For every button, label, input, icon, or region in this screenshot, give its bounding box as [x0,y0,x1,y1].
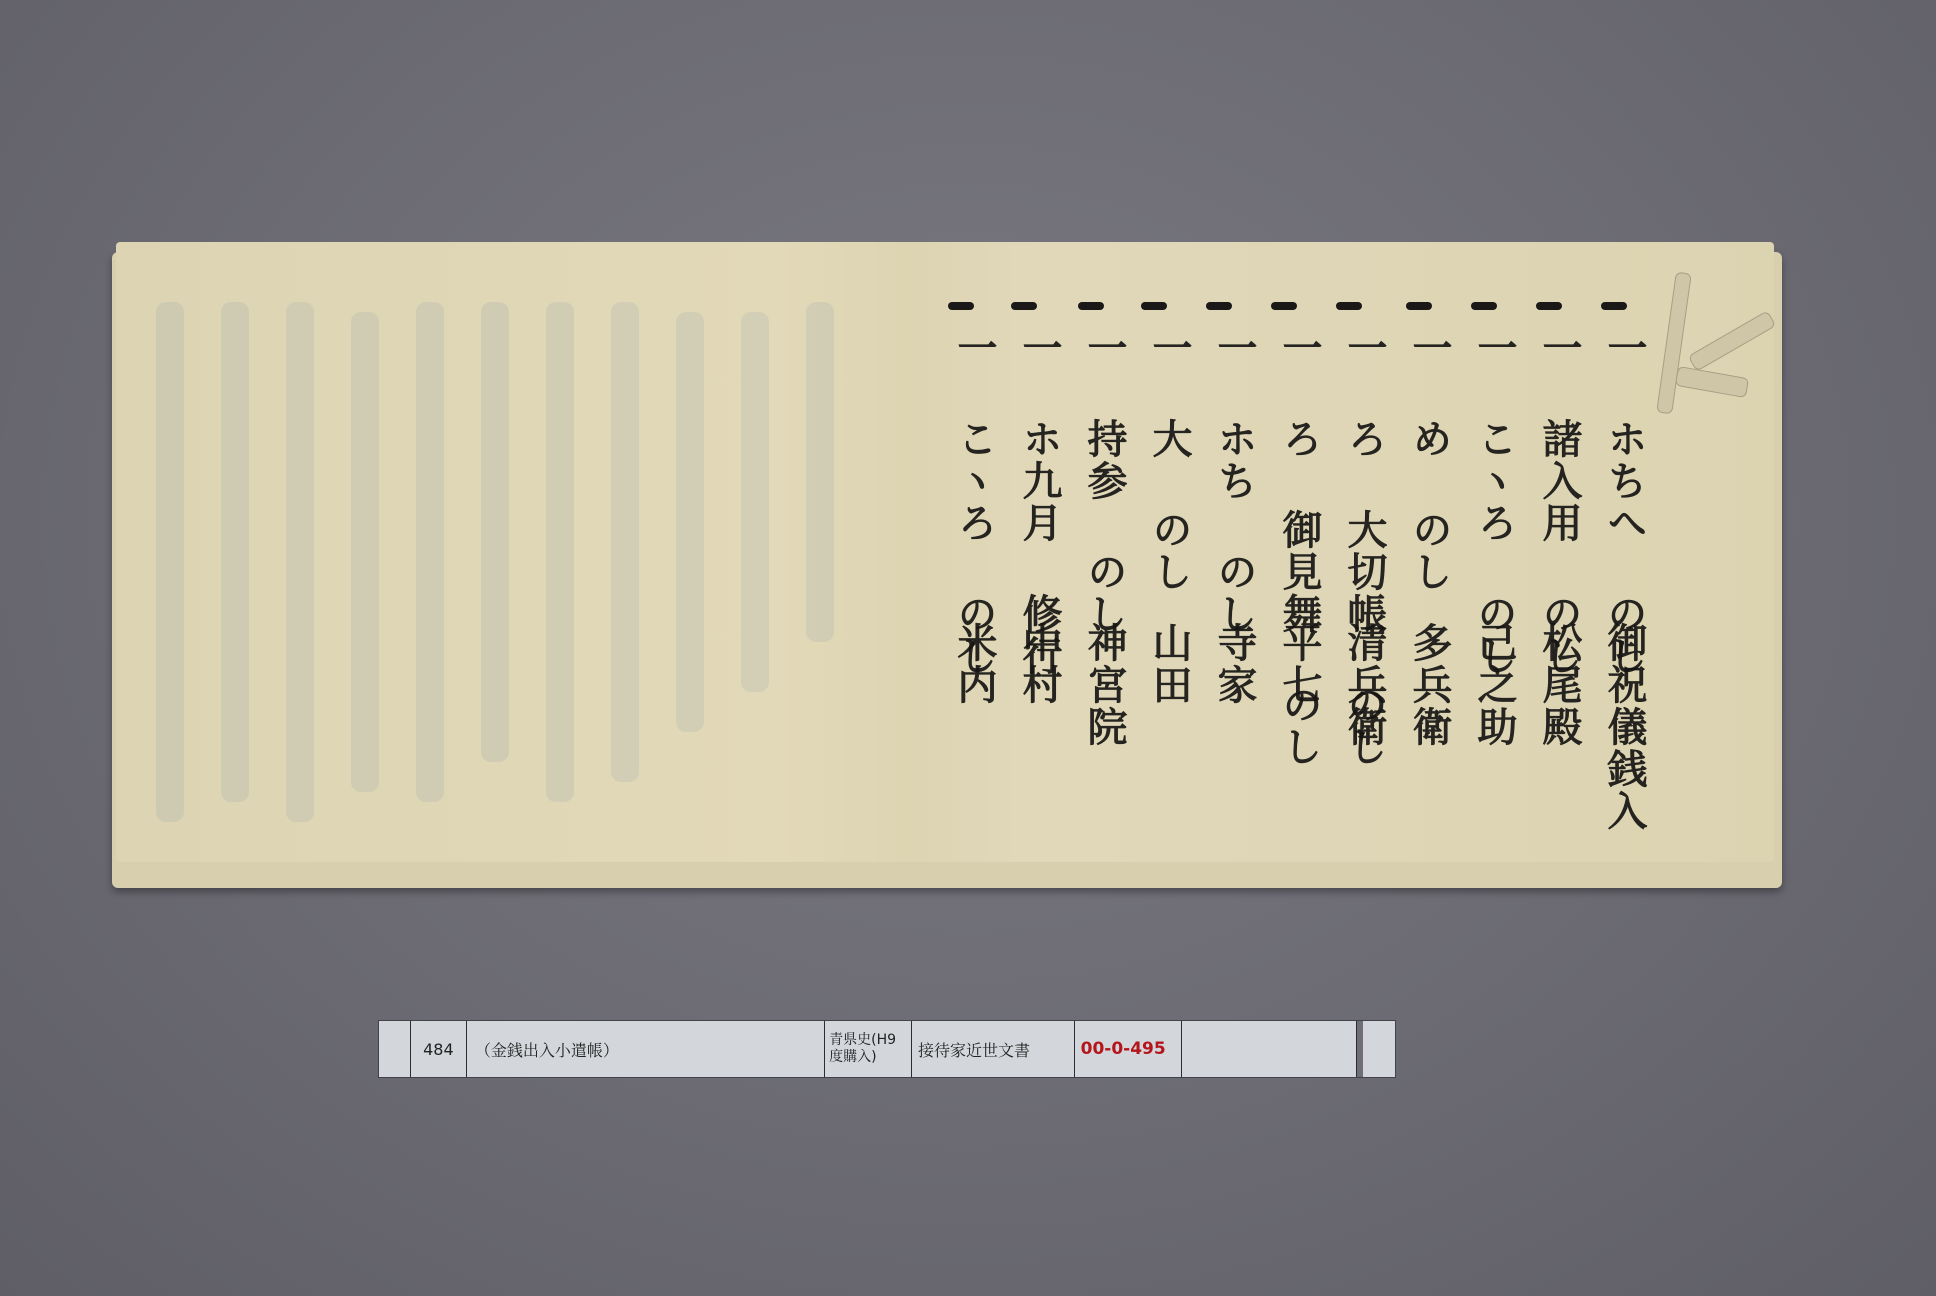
label-source-line2: 度購入) [829,1049,896,1066]
bleed-through-column [806,302,834,642]
handwritten-column: 一 め のし [1396,327,1452,593]
label-title: （金銭出入小遣帳） [467,1021,825,1077]
label-blank-cell [379,1021,411,1077]
bleed-through-column [481,302,509,762]
entry-marker [1206,302,1232,310]
entry-marker [1471,302,1497,310]
bleed-through-column [221,302,249,802]
bleed-through-column [676,312,704,732]
binding-tie [1656,272,1786,432]
handwritten-name: 米内 [941,622,997,706]
handwritten-name: 己之助 [1461,622,1517,748]
bleed-through-column [351,312,379,792]
entry-marker [948,302,974,310]
label-blank-cell [1357,1021,1395,1077]
handwritten-name: 松尾殿 [1526,622,1582,748]
open-spread: 一 ホちへ のし 一 諸入用 のし 一 こヽろ のし 一 め のし 一 ろ 大切… [116,242,1774,862]
entry-marker [1536,302,1562,310]
label-source: 青県史(H9 度購入) [825,1021,912,1077]
label-source-line1: 青県史(H9 [829,1032,896,1049]
entry-marker [1078,302,1104,310]
manuscript-book: 一 ホちへ のし 一 諸入用 のし 一 こヽろ のし 一 め のし 一 ろ 大切… [108,232,1788,882]
label-blank-cell [1182,1021,1357,1077]
bleed-through-column [546,302,574,802]
bleed-through-column [156,302,184,822]
handwritten-column: 一 ホち のし [1201,327,1257,635]
entry-marker [1406,302,1432,310]
catalog-label: 484 （金銭出入小遣帳） 青県史(H9 度購入) 接待家近世文書 00-0-4… [378,1020,1396,1078]
bleed-through-column [611,302,639,782]
entry-marker [1336,302,1362,310]
handwritten-name: 御祝儀銭入 [1591,622,1647,832]
bleed-through-column [416,302,444,802]
handwritten-name: 清兵衛 [1331,622,1387,748]
label-catalog-id: 00-0-495 [1075,1021,1183,1077]
handwritten-column: 一 持参 のし [1071,327,1127,635]
bleed-through-column [741,312,769,692]
entry-marker [1141,302,1167,310]
handwritten-name: 中村 [1006,622,1062,706]
entry-marker [1271,302,1297,310]
bleed-through-column [286,302,314,822]
entry-marker [1011,302,1037,310]
handwritten-column: 一 大 のし [1136,327,1192,593]
label-number: 484 [411,1021,467,1077]
handwritten-name: 多兵衛 [1396,622,1452,748]
entry-marker [1601,302,1627,310]
label-collection: 接待家近世文書 [912,1021,1075,1077]
handwritten-name: 平七 [1266,622,1322,706]
handwritten-name: 山田 [1136,622,1192,706]
handwritten-name: 神宮院 [1071,622,1127,748]
handwritten-name: 寺家 [1201,622,1257,706]
